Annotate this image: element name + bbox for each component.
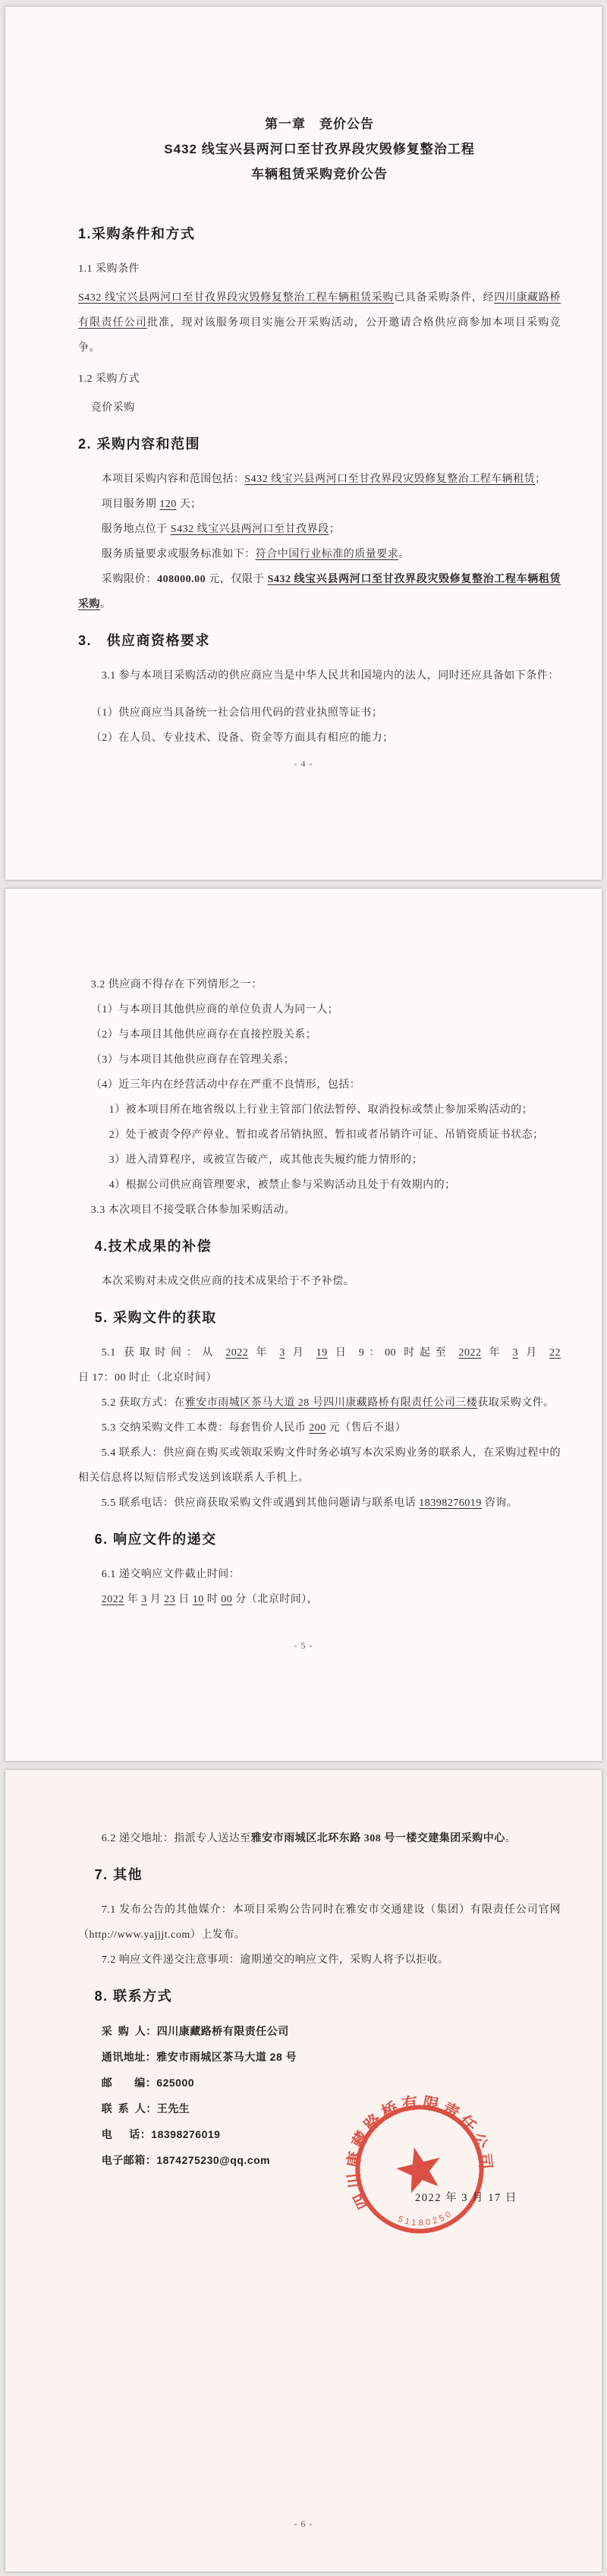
section-1-heading: 1.采购条件和方式 <box>78 220 561 247</box>
document-page-6: 6.2 递交地址：指派专人送达至雅安市雨城区北环东路 308 号一楼交建集团采购… <box>5 1770 602 2571</box>
bad-record-item-4: 4）根据公司供应商管理要求，被禁止参与采购活动且处于有效期内的； <box>78 1173 561 1198</box>
star-icon <box>392 2142 446 2195</box>
page-4-content: 第一章 竞价公告S432 线宝兴县两河口至甘孜界段灾毁修复整治工程车辆租赁采购竞… <box>5 7 602 751</box>
section-1-1-heading: 1.1 采购条件 <box>78 257 561 282</box>
section-7-heading: 7. 其他 <box>78 1861 561 1888</box>
contact-person-5-4: 5.4 联系人：供应商在购买或领取采购文件时务必填写本次采购业务的联系人，在采购… <box>78 1441 561 1491</box>
other-media-7-1: 7.1 发布公告的其他媒介：本项目采购公告同时在雅安市交通建设（集团）有限责任公… <box>78 1897 561 1948</box>
page-number: - 5 - <box>5 1640 602 1652</box>
section-1-2-heading: 1.2 采购方式 <box>78 367 561 392</box>
contact-row-address: 通讯地址：雅安市雨城区茶马大道 28 号 <box>78 2045 561 2071</box>
section-8-heading: 8. 联系方式 <box>78 1982 561 2010</box>
procurement-conditions-paragraph: S432 线宝兴县两河口至甘孜界段灾毁修复整治工程车辆租赁采购已具备采购条件，经… <box>78 285 561 361</box>
restriction-item-4: （4）近三年内在经营活动中存在严重不良情形，包括： <box>78 1072 561 1097</box>
document-page-5: 3.2 供应商不得存在下列情形之一：（1）与本项目其他供应商的单位负责人为同一人… <box>5 889 602 1761</box>
page-5-content: 3.2 供应商不得存在下列情形之一：（1）与本项目其他供应商的单位负责人为同一人… <box>5 889 602 1612</box>
section-4-heading: 4.技术成果的补偿 <box>78 1233 561 1260</box>
doc-title-line-1: S432 线宝兴县两河口至甘孜界段灾毁修复整治工程 <box>78 137 561 162</box>
restriction-item-2: （2）与本项目其他供应商存在直接控股关系； <box>78 1022 561 1047</box>
late-submission-7-2: 7.2 响应文件递交注意事项：逾期递交的响应文件，采购人将予以拒收。 <box>78 1948 561 1973</box>
document-fee-5-3: 5.3 交纳采购文件工本费：每套售价人民币 200 元（售后不退） <box>78 1416 561 1441</box>
supplier-restriction-3-2: 3.2 供应商不得存在下列情形之一： <box>78 972 561 997</box>
section-3-heading: 3. 供应商资格要求 <box>78 627 561 654</box>
section-6-heading: 6. 响应文件的递交 <box>78 1526 561 1553</box>
issue-date: 2022 年 3 月 17 日 <box>415 2189 517 2205</box>
contact-row-purchaser: 采 购 人：四川康藏路桥有限责任公司 <box>78 2019 561 2045</box>
obtain-time-5-1: 5.1 获取时间：从 2022 年 3 月 19 日 9：00 时起至 2022… <box>78 1340 561 1390</box>
restriction-item-3: （3）与本项目其他供应商存在管理关系； <box>78 1047 561 1072</box>
compensation-paragraph: 本次采购对未成交供应商的技术成果给于不予补偿。 <box>78 1269 561 1294</box>
service-period: 项目服务期 120 天； <box>78 492 561 517</box>
submit-address-6-2: 6.2 递交地址：指派专人送达至雅安市雨城区北环东路 308 号一楼交建集团采购… <box>78 1826 561 1851</box>
bad-record-item-2: 2）处于被责令停产停业、暂扣或者吊销执照、暂扣或者吊销许可证、吊销资质证书状态； <box>78 1123 561 1148</box>
deadline-datetime: 2022 年 3 月 23 日 10 时 00 分（北京时间）， <box>78 1587 561 1612</box>
document-page-4: 第一章 竞价公告S432 线宝兴县两河口至甘孜界段灾毁修复整治工程车辆租赁采购竞… <box>5 7 602 880</box>
page-number: - 4 - <box>5 758 602 770</box>
deadline-label-6-1: 6.1 递交响应文件截止时间： <box>78 1562 561 1587</box>
contact-phone-5-5: 5.5 联系电话：供应商获取采购文件或遇到其他问题请与联系电话 18398276… <box>78 1491 561 1516</box>
procurement-method: 竞价采购 <box>78 395 561 420</box>
price-limit: 采购限价：408000.00 元，仅限于 S432 线宝兴县两河口至甘孜界段灾毁… <box>78 567 561 617</box>
page-number: - 6 - <box>5 2518 602 2530</box>
page-6-content: 6.2 递交地址：指派专人送达至雅安市雨城区北环东路 308 号一楼交建集团采购… <box>5 1770 602 2174</box>
requirement-item-1: （1）供应商应当具备统一社会信用代码的营业执照等证书； <box>78 701 561 726</box>
doc-title-line-2: 车辆租赁采购竞价公告 <box>78 162 561 187</box>
no-consortium-3-3: 3.3 本次项目不接受联合体参加采购活动。 <box>78 1198 561 1223</box>
supplier-requirement-3-1: 3.1 参与本项目采购活动的供应商应当是中华人民共和国境内的法人，同时还应具备如… <box>78 663 561 688</box>
requirement-item-2: （2）在人员、专业技术、设备、资金等方面具有相应的能力； <box>78 726 561 751</box>
service-standard: 服务质量要求或服务标准如下：符合中国行业标准的质量要求。 <box>78 542 561 567</box>
service-location: 服务地点位于 S432 线宝兴县两河口至甘孜界段； <box>78 517 561 542</box>
company-seal: 四川康藏路桥有限责任公司 51180250 <box>342 2092 497 2247</box>
scope-paragraph: 本项目采购内容和范围包括：S432 线宝兴县两河口至甘孜界段灾毁修复整治工程车辆… <box>78 467 561 492</box>
chapter-heading: 第一章 竞价公告 <box>78 112 561 137</box>
bad-record-item-1: 1）被本项目所在地省级以上行业主管部门依法暂停、取消投标或禁止参加采购活动的； <box>78 1097 561 1123</box>
obtain-method-5-2: 5.2 获取方式：在雅安市雨城区茶马大道 28 号四川康藏路桥有限责任公司三楼获… <box>78 1390 561 1416</box>
bad-record-item-3: 3）进入清算程序，或被宣告破产，或其他丧失履约能力情形的； <box>78 1148 561 1173</box>
restriction-item-1: （1）与本项目其他供应商的单位负责人为同一人； <box>78 997 561 1022</box>
section-2-heading: 2. 采购内容和范围 <box>78 430 561 458</box>
section-5-heading: 5. 采购文件的获取 <box>78 1304 561 1331</box>
